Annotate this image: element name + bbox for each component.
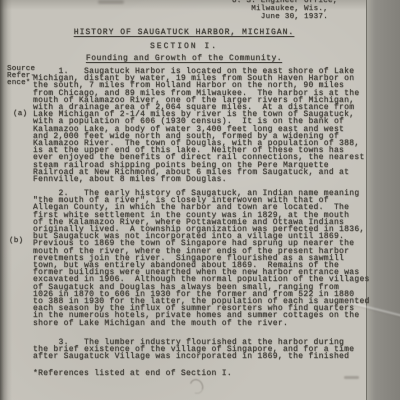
paragraph-2: 2. The early history of Saugatuck, an In… — [33, 190, 370, 327]
margin-note-ref-b: (b) — [9, 237, 23, 245]
scan-smudge-dash — [344, 376, 359, 379]
page-title-text: HISTORY OF SAUGATUCK HARBOR, MICHIGAN. — [74, 28, 294, 37]
paper-right-edge-shadow — [366, 0, 400, 400]
document-page: U. S. Engineer Office, Milwaukee, Wis., … — [0, 0, 400, 400]
paragraph-3: 3. The lumber industry flourished at the… — [33, 339, 354, 361]
subheading: Founding and Growth of the Community. — [0, 54, 368, 63]
subheading-text: Founding and Growth of the Community. — [86, 54, 282, 63]
margin-note-ref-a: (a) — [13, 110, 27, 118]
paragraph-1: 1. Saugatuck Harbor is located on the ea… — [33, 68, 365, 183]
letterhead: U. S. Engineer Office, Milwaukee, Wis., … — [232, 0, 338, 21]
footnote-references: *References listed at end of Section I. — [33, 369, 232, 378]
scan-smudge-curl — [187, 377, 205, 396]
page-title: HISTORY OF SAUGATUCK HARBOR, MICHIGAN. — [0, 28, 368, 37]
margin-note-source-reference: Source Refer- ence* — [7, 66, 35, 88]
scan-smudge-top — [98, 0, 124, 4]
section-heading: SECTION I. — [0, 42, 368, 51]
